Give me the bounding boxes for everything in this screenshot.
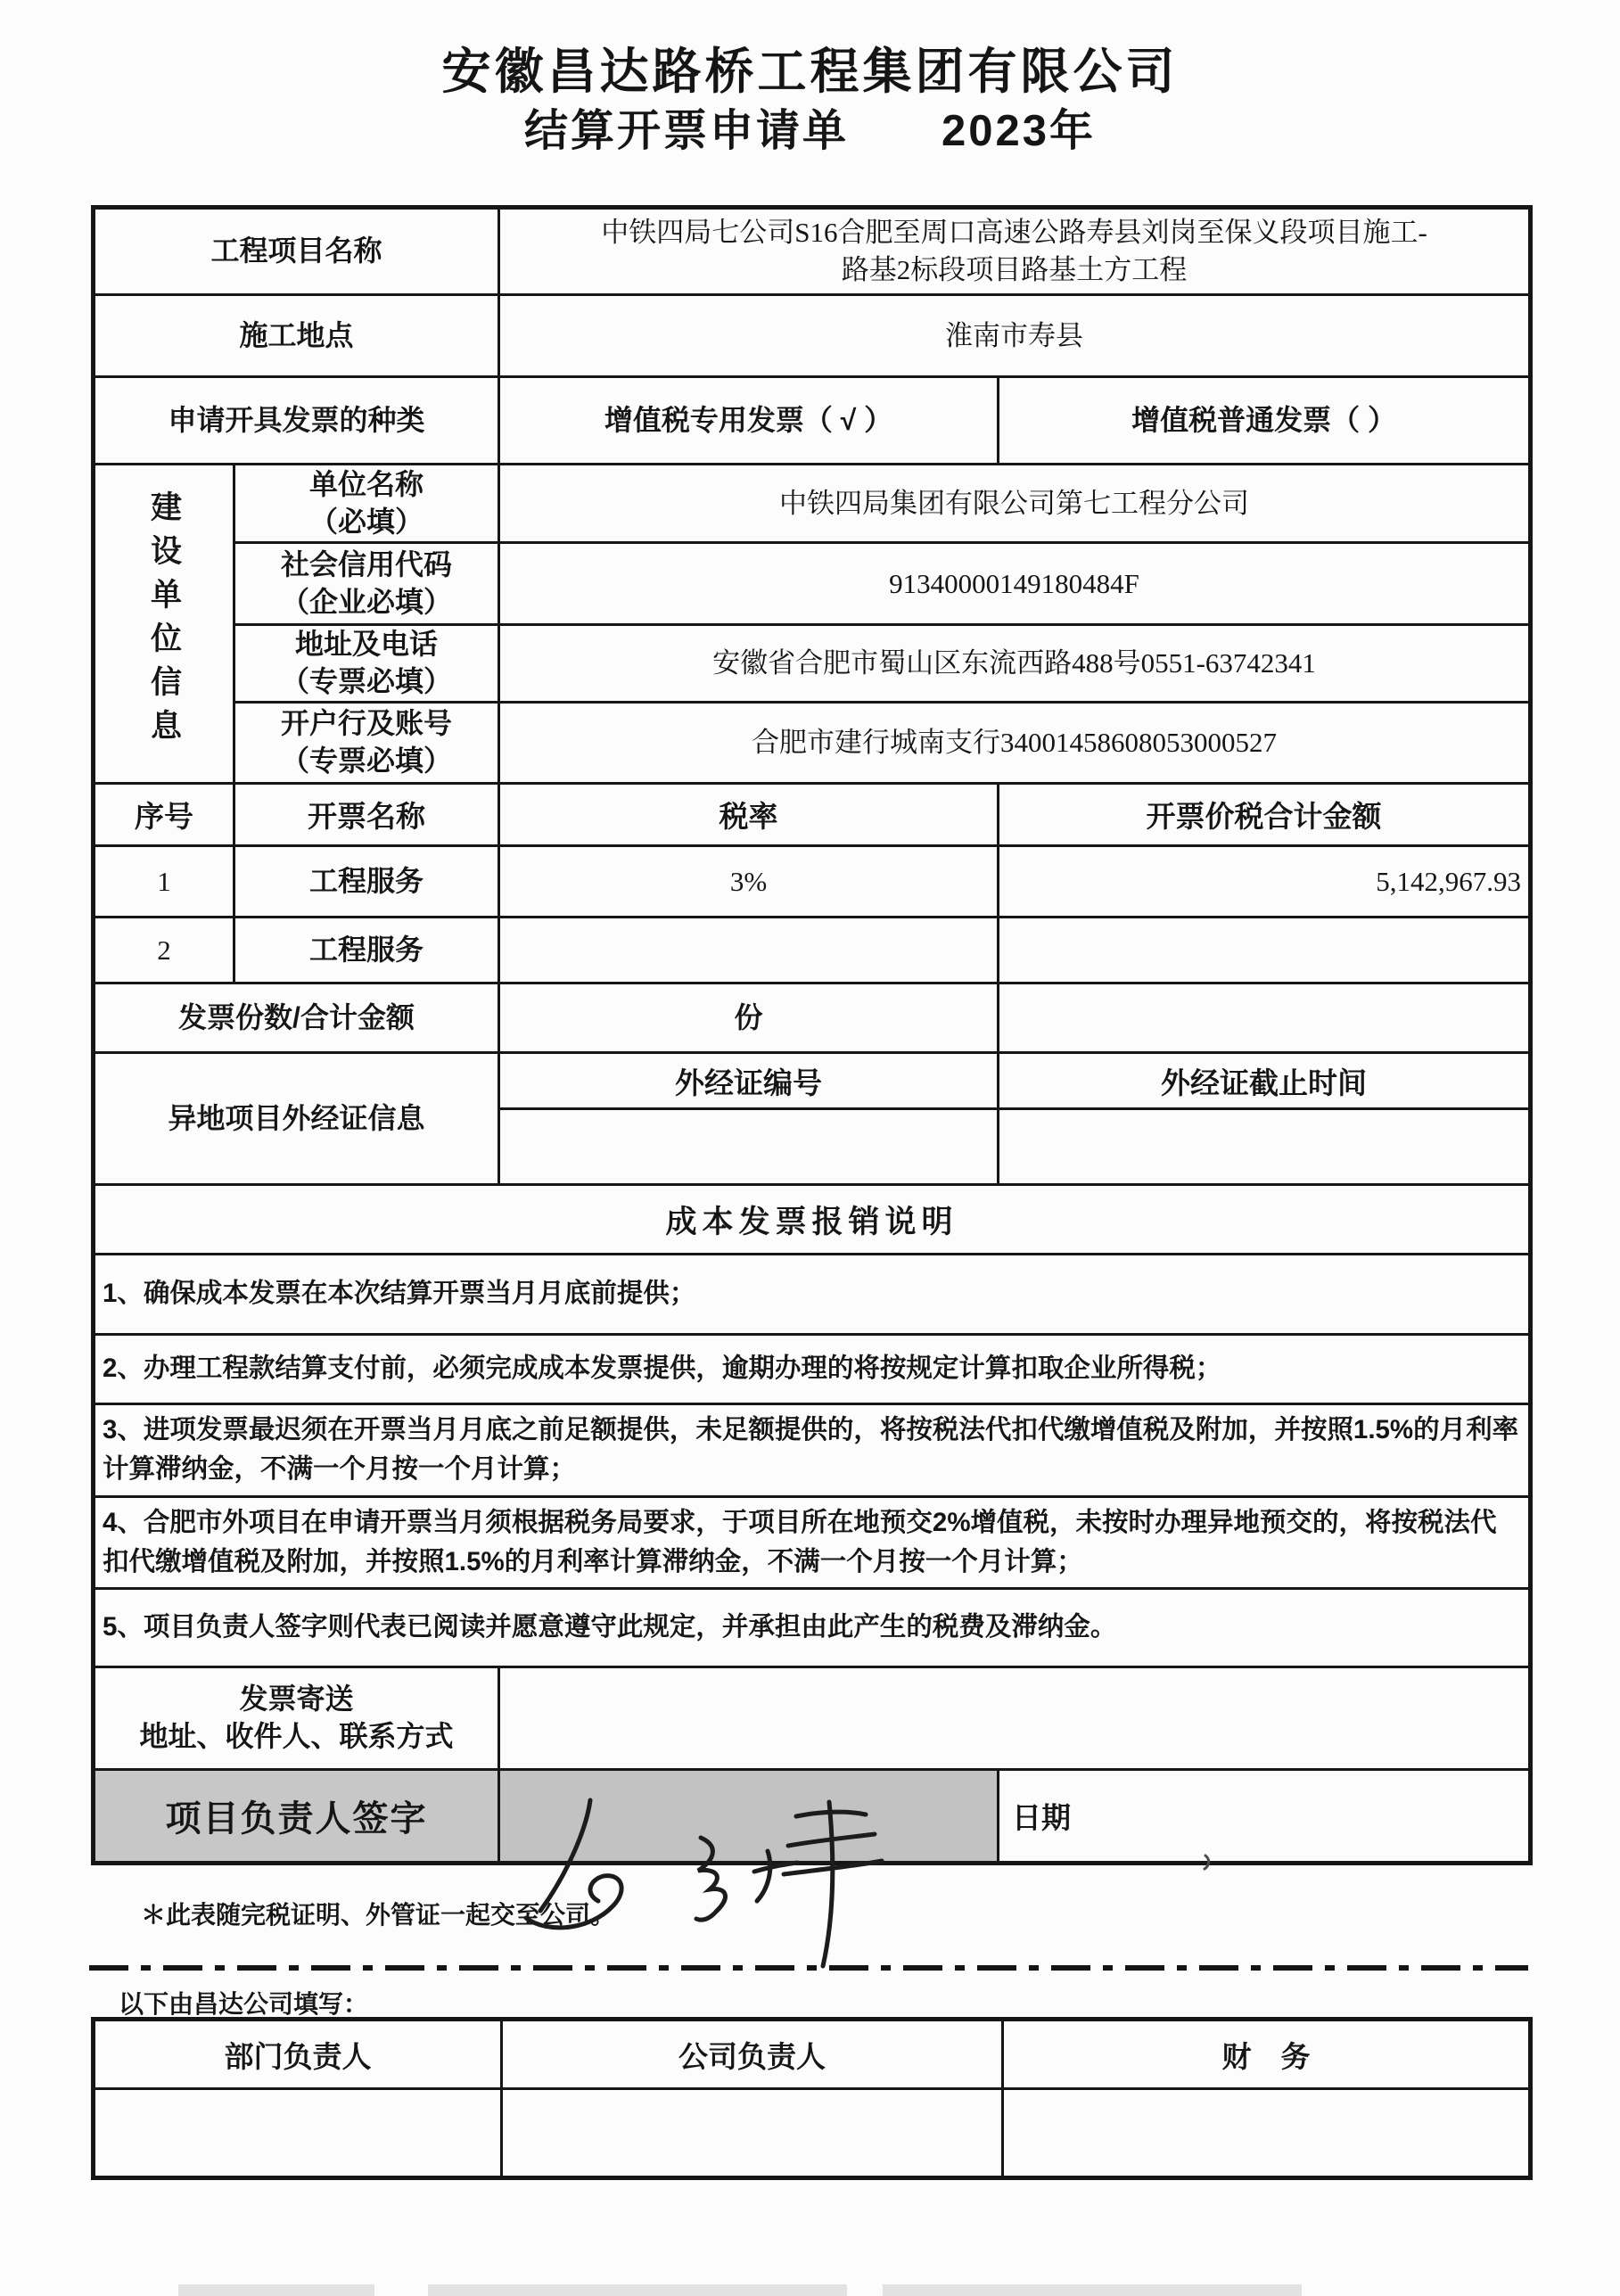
- location-label-text: 施工地点: [240, 319, 354, 351]
- project-name-label-text: 工程项目名称: [211, 235, 382, 267]
- item2-no-text: 2: [157, 934, 171, 966]
- credit-code-label-text: 社会信用代码: [235, 547, 498, 584]
- items-header-no: 序号: [94, 784, 234, 846]
- location-value: 淮南市寿县: [499, 295, 1531, 377]
- items-header-name: 开票名称: [234, 784, 499, 846]
- invoice-type-label: 申请开具发票的种类: [94, 377, 499, 465]
- items-header-amount: 开票价税合计金额: [999, 784, 1531, 846]
- invoice-count-unit-cell: 份: [499, 983, 999, 1053]
- row-builder-name: 建设单位信息 单位名称 （必填） 中铁四局集团有限公司第七工程分公司: [94, 465, 1531, 543]
- cost-notes-header: 成本发票报销说明: [94, 1185, 1531, 1255]
- finance-header-text: 财 务: [1222, 2040, 1311, 2073]
- company-manager-cell: [502, 2089, 1003, 2178]
- location-label: 施工地点: [94, 295, 499, 377]
- invoice-count-label-text: 发票份数/合计金额: [178, 1001, 415, 1033]
- item2-amount: [999, 918, 1531, 983]
- project-name-value: 中铁四局七公司S16合肥至周口高速公路寿县刘岗至保义段项目施工- 路基2标段项目…: [499, 208, 1531, 295]
- finance-cell: [1003, 2089, 1531, 2178]
- note-3-text: 3、进项发票最迟须在开票当月月底之前足额提供，未足额提供的，将按税法代扣代缴增值…: [103, 1415, 1518, 1484]
- project-name-line2: 路基2标段项目路基土方工程: [500, 251, 1528, 289]
- items-header-rate: 税率: [499, 784, 999, 846]
- approval-header-row: 部门负责人 公司负责人 财 务: [94, 2020, 1531, 2089]
- cert-label-text: 异地项目外经证信息: [169, 1102, 425, 1134]
- note-4-text: 4、合肥市外项目在申请开票当月须根据税务局要求，于项目所在地预交2%增值税，未按…: [103, 1508, 1497, 1576]
- note-1: 1、确保成本发票在本次结算开票当月月底前提供；: [94, 1255, 1531, 1335]
- invoice-type-special: 增值税专用发票（ √ ）: [499, 377, 999, 465]
- approval-empty-row: [94, 2089, 1531, 2178]
- builder-side-label: 建设单位信息: [94, 465, 234, 784]
- credit-code-sublabel: （企业必填）: [235, 584, 498, 621]
- scan-artifact: [178, 2284, 374, 2296]
- project-name-label: 工程项目名称: [94, 208, 499, 295]
- signature-label: 项目负责人签字: [94, 1770, 499, 1864]
- invoice-type-special-text: 增值税专用发票（ √ ）: [604, 404, 892, 436]
- builder-name-value-text: 中铁四局集团有限公司第七工程分公司: [779, 488, 1249, 519]
- row-invoice-type: 申请开具发票的种类 增值税专用发票（ √ ） 增值税普通发票（ ）: [94, 377, 1531, 465]
- company-manager-header: 公司负责人: [502, 2020, 1003, 2089]
- dept-manager-header-text: 部门负责人: [225, 2040, 372, 2073]
- scan-artifact: [883, 2284, 1302, 2296]
- bank-value: 合肥市建行城南支行34001458608053000527: [499, 703, 1531, 784]
- row-project-name: 工程项目名称 中铁四局七公司S16合肥至周口高速公路寿县刘岗至保义段项目施工- …: [94, 208, 1531, 295]
- item1-no-text: 1: [157, 866, 171, 897]
- finance-header: 财 务: [1003, 2020, 1531, 2089]
- credit-code-value-text: 91340000149180484F: [889, 568, 1139, 599]
- note-1-text: 1、确保成本发票在本次结算开票当月月底前提供；: [103, 1279, 695, 1308]
- item-row-2: 2 工程服务: [94, 918, 1531, 983]
- item-row-1: 1 工程服务 3% 5,142,967.93: [94, 846, 1531, 918]
- row-credit-code: 社会信用代码 （企业必填） 91340000149180484F: [94, 543, 1531, 625]
- scanned-form-page: 安徽昌达路桥工程集团有限公司 结算开票申请单 2023年 工程项目名称 中铁四局…: [0, 0, 1620, 2296]
- invoice-count-total-cell: [999, 983, 1531, 1053]
- invoice-count-label: 发票份数/合计金额: [94, 983, 499, 1053]
- main-form-table: 工程项目名称 中铁四局七公司S16合肥至周口高速公路寿县刘岗至保义段项目施工- …: [91, 205, 1533, 1865]
- cert-deadline-header: 外经证截止时间: [999, 1053, 1531, 1109]
- row-note-4: 4、合肥市外项目在申请开票当月须根据税务局要求，于项目所在地预交2%增值税，未按…: [94, 1496, 1531, 1589]
- cert-number-header: 外经证编号: [499, 1053, 999, 1109]
- delivery-label-line2: 地址、收件人、联系方式: [95, 1718, 498, 1756]
- approval-table: 部门负责人 公司负责人 财 务: [91, 2017, 1533, 2180]
- delivery-value-cell: [499, 1667, 1531, 1770]
- invoice-type-general-text: 增值税普通发票（ ）: [1131, 404, 1396, 436]
- items-header-name-text: 开票名称: [308, 800, 425, 833]
- cert-deadline-cell: [999, 1109, 1531, 1185]
- builder-name-label: 单位名称 （必填）: [234, 465, 499, 543]
- row-cert-header: 异地项目外经证信息 外经证编号 外经证截止时间: [94, 1053, 1531, 1109]
- form-title: 结算开票申请单 2023年: [0, 96, 1620, 159]
- note-2-text: 2、办理工程款结算支付前，必须完成成本发票提供，逾期办理的将按规定计算扣取企业所…: [103, 1354, 1221, 1383]
- row-delivery: 发票寄送 地址、收件人、联系方式: [94, 1667, 1531, 1770]
- cost-notes-header-text: 成本发票报销说明: [666, 1205, 958, 1239]
- row-note-1: 1、确保成本发票在本次结算开票当月月底前提供；: [94, 1255, 1531, 1335]
- item1-rate-text: 3%: [730, 866, 767, 897]
- cert-label: 异地项目外经证信息: [94, 1053, 499, 1185]
- credit-code-value: 91340000149180484F: [499, 543, 1531, 625]
- bank-label-text: 开户行及账号: [235, 705, 498, 743]
- item2-name: 工程服务: [234, 918, 499, 983]
- dept-manager-header: 部门负责人: [94, 2020, 502, 2089]
- row-cost-notes-header: 成本发票报销说明: [94, 1185, 1531, 1255]
- item1-no: 1: [94, 846, 234, 918]
- row-invoice-count: 发票份数/合计金额 份: [94, 983, 1531, 1053]
- note-3: 3、进项发票最迟须在开票当月月底之前足额提供，未足额提供的，将按税法代扣代缴增值…: [94, 1404, 1531, 1497]
- item1-rate: 3%: [499, 846, 999, 918]
- address-sublabel: （专票必填）: [235, 663, 498, 701]
- row-address-phone: 地址及电话 （专票必填） 安徽省合肥市蜀山区东流西路488号0551-63742…: [94, 625, 1531, 703]
- address-label: 地址及电话 （专票必填）: [234, 625, 499, 703]
- row-items-header: 序号 开票名称 税率 开票价税合计金额: [94, 784, 1531, 846]
- address-value: 安徽省合肥市蜀山区东流西路488号0551-63742341: [499, 625, 1531, 703]
- note-5: 5、项目负责人签字则代表已阅读并愿意遵守此规定，并承担由此产生的税费及滞纳金。: [94, 1589, 1531, 1667]
- address-value-text: 安徽省合肥市蜀山区东流西路488号0551-63742341: [712, 647, 1316, 679]
- below-section-intro: 以下由昌达公司填写：: [119, 1985, 368, 2020]
- cert-deadline-header-text: 外经证截止时间: [1161, 1066, 1367, 1099]
- delivery-label-line1: 发票寄送: [95, 1681, 498, 1718]
- address-label-text: 地址及电话: [235, 626, 498, 663]
- row-signature: 项目负责人签字 日期: [94, 1770, 1531, 1864]
- item1-amount-text: 5,142,967.93: [1376, 866, 1521, 897]
- row-location: 施工地点 淮南市寿县: [94, 295, 1531, 377]
- invoice-type-label-text: 申请开具发票的种类: [169, 404, 425, 436]
- builder-side-label-text: 建设单位信息: [149, 490, 180, 753]
- dash-dot-divider: [89, 1965, 1528, 1971]
- bank-sublabel: （专票必填）: [235, 743, 498, 780]
- note-4: 4、合肥市外项目在申请开票当月须根据税务局要求，于项目所在地预交2%增值税，未按…: [94, 1496, 1531, 1589]
- credit-code-label: 社会信用代码 （企业必填）: [234, 543, 499, 625]
- item1-amount: 5,142,967.93: [999, 846, 1531, 918]
- item2-name-text: 工程服务: [309, 934, 424, 966]
- delivery-label: 发票寄送 地址、收件人、联系方式: [94, 1667, 499, 1770]
- signature-label-text: 项目负责人签字: [166, 1799, 428, 1839]
- item1-name-text: 工程服务: [309, 865, 424, 897]
- footnote: ＊此表随完税证明、外管证一起交至公司。: [141, 1896, 615, 1931]
- item2-rate: [499, 918, 999, 983]
- item1-name: 工程服务: [234, 846, 499, 918]
- note-2: 2、办理工程款结算支付前，必须完成成本发票提供，逾期办理的将按规定计算扣取企业所…: [94, 1335, 1531, 1404]
- row-note-3: 3、进项发票最迟须在开票当月月底之前足额提供，未足额提供的，将按税法代扣代缴增值…: [94, 1404, 1531, 1497]
- note-5-text: 5、项目负责人签字则代表已阅读并愿意遵守此规定，并承担由此产生的税费及滞纳金。: [103, 1612, 1116, 1642]
- invoice-count-unit-text: 份: [735, 1001, 763, 1033]
- items-header-amount-text: 开票价税合计金额: [1147, 800, 1382, 833]
- scan-artifact: [428, 2284, 847, 2296]
- company-title: 安徽昌达路桥工程集团有限公司: [0, 32, 1620, 103]
- item2-no: 2: [94, 918, 234, 983]
- builder-name-label-text: 单位名称: [235, 466, 498, 504]
- row-note-5: 5、项目负责人签字则代表已阅读并愿意遵守此规定，并承担由此产生的税费及滞纳金。: [94, 1589, 1531, 1667]
- cert-number-header-text: 外经证编号: [675, 1066, 822, 1099]
- cert-number-cell: [499, 1109, 999, 1185]
- signature-cell: [499, 1770, 999, 1864]
- row-bank-account: 开户行及账号 （专票必填） 合肥市建行城南支行34001458608053000…: [94, 703, 1531, 784]
- date-label-text: 日期: [1012, 1801, 1071, 1834]
- row-note-2: 2、办理工程款结算支付前，必须完成成本发票提供，逾期办理的将按规定计算扣取企业所…: [94, 1335, 1531, 1404]
- date-cell: 日期: [999, 1770, 1531, 1864]
- items-header-no-text: 序号: [135, 800, 193, 833]
- bank-label: 开户行及账号 （专票必填）: [234, 703, 499, 784]
- dept-manager-cell: [94, 2089, 502, 2178]
- project-name-line1: 中铁四局七公司S16合肥至周口高速公路寿县刘岗至保义段项目施工-: [500, 214, 1528, 251]
- items-header-rate-text: 税率: [720, 800, 778, 833]
- bank-value-text: 合肥市建行城南支行34001458608053000527: [752, 727, 1277, 758]
- builder-name-sublabel: （必填）: [235, 504, 498, 541]
- invoice-type-general: 增值税普通发票（ ）: [999, 377, 1531, 465]
- location-value-text: 淮南市寿县: [945, 320, 1083, 351]
- builder-name-value: 中铁四局集团有限公司第七工程分公司: [499, 465, 1531, 543]
- company-manager-header-text: 公司负责人: [678, 2040, 826, 2073]
